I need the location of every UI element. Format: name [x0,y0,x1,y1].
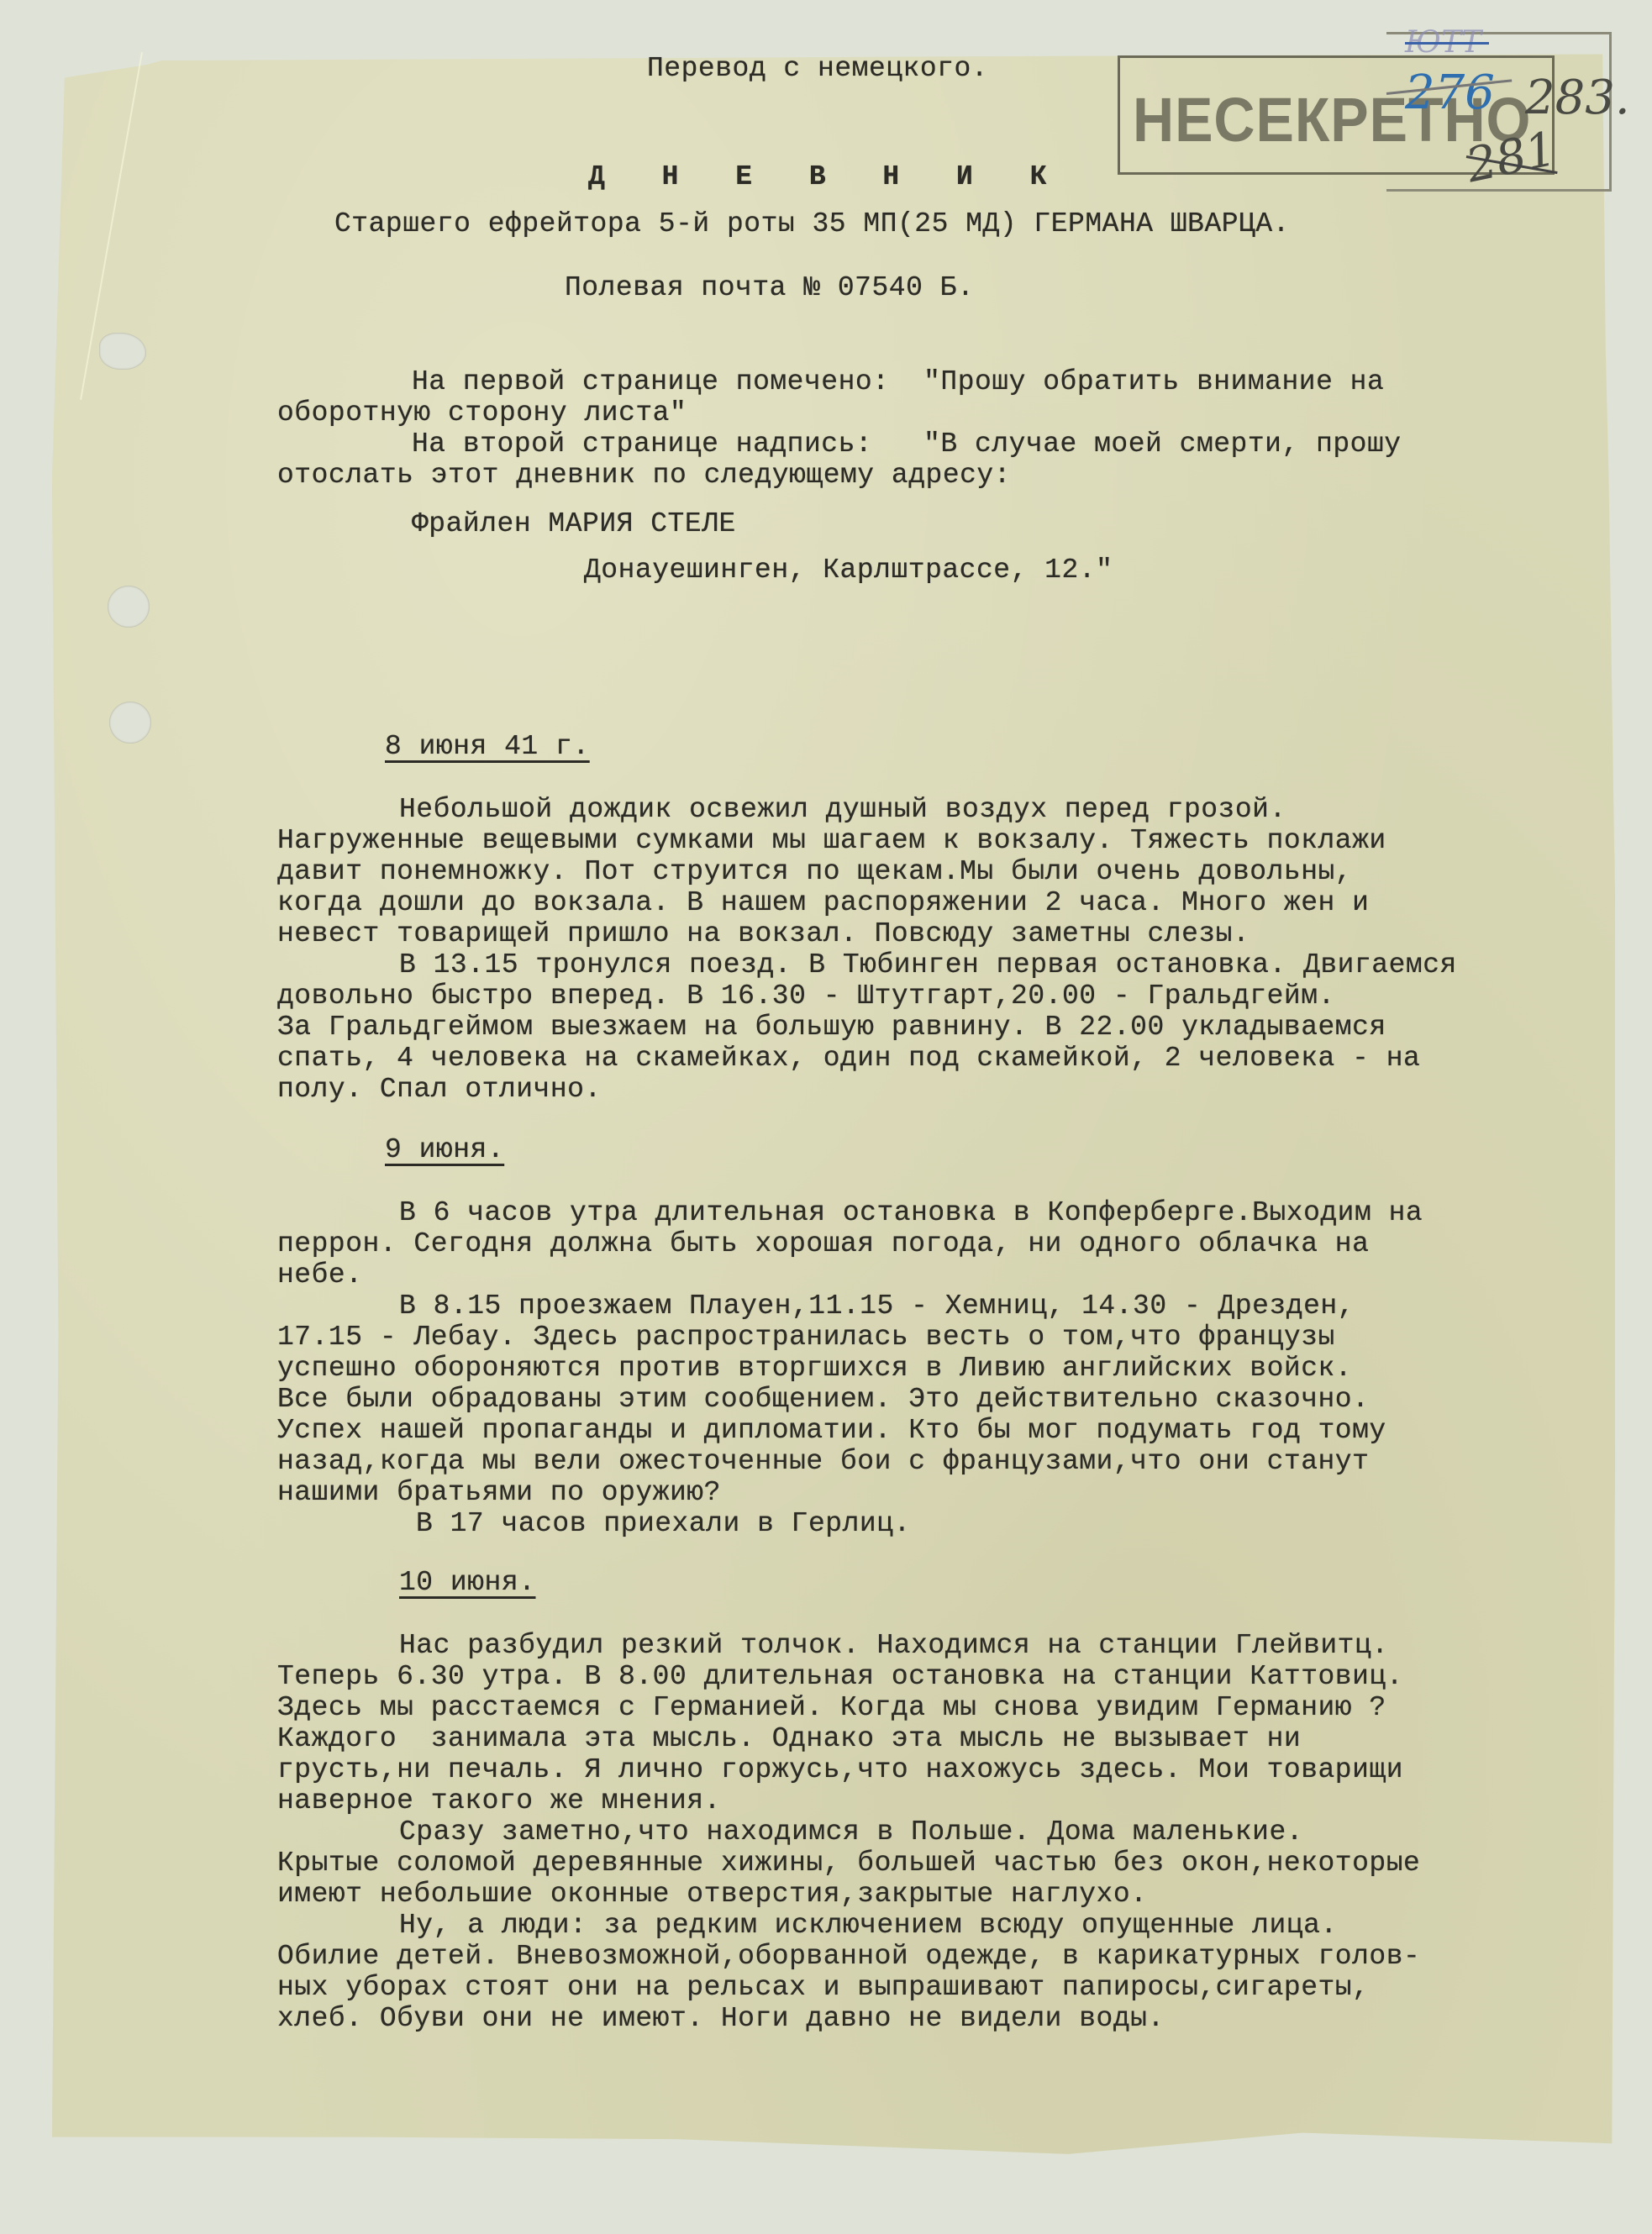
entry-line: Обилие детей. Вневозможной,оборванной од… [277,1941,1420,1972]
note-line: оборотную сторону листа" [277,397,687,428]
entry-line: Нагруженные вещевыми сумками мы шагаем к… [277,825,1386,856]
entry-line: грусть,ни печаль. Я лично горжусь,что на… [277,1754,1403,1785]
entry-line: В 8.15 проезжаем Плауен,11.15 - Хемниц, … [399,1290,1355,1322]
entry-line: В 13.15 тронулся поезд. В Тюбинген перва… [399,949,1457,980]
punch-hole-icon [108,586,150,628]
entry-line: Небольшой дождик освежил душный воздух п… [399,794,1286,825]
entry-line: Крытые соломой деревянные хижины, больше… [277,1848,1420,1879]
entry-line: Нас разбудил резкий толчок. Находимся на… [399,1630,1389,1661]
entry-line: имеют небольшие оконные отверстия,закрыт… [277,1879,1147,1910]
entry-line: перрон. Сегодня должна быть хорошая пого… [277,1228,1369,1259]
field-post-number: Полевая почта № 07540 Б. [565,272,974,303]
document-title: Д Н Е В Н И К [588,161,1066,192]
entry-line: наверное такого же мнения. [277,1785,721,1816]
entry-line: назад,когда мы вели ожесточенные бои с ф… [277,1446,1369,1477]
entry-line: давит понемножку. Пот струится по щекам.… [277,856,1352,887]
entry-line: когда дошли до вокзала. В нашем распоряж… [277,887,1369,918]
archive-number-blue: 276 [1405,66,1495,120]
entry-line: В 17 часов приехали в Герлиц. [416,1508,911,1539]
note-line: На второй странице надпись: "В случае мо… [412,428,1402,460]
entry-date: 8 июня 41 г. [385,731,590,762]
entry-line: Теперь 6.30 утра. В 8.00 длительная оста… [277,1661,1403,1692]
entry-line: невест товарищей пришло на вокзал. Повсю… [277,918,1250,949]
note-line: отослать этот дневник по следующему адре… [277,460,1011,491]
entry-line: Ну, а люди: за редким исключением всюду … [399,1910,1338,1941]
entry-line: спать, 4 человека на скамейках, один под… [277,1043,1420,1074]
entry-line: хлеб. Обуви они не имеют. Ноги давно не … [277,2003,1165,2034]
page-number-current: 283. [1525,71,1630,125]
note-line: На первой странице помечено: "Прошу обра… [412,366,1384,397]
entry-line: Здесь мы расстаемся с Германией. Когда м… [277,1692,1386,1723]
entry-line: Сразу заметно,что находимся в Польше. До… [399,1816,1303,1848]
entry-date: 9 июня. [385,1134,504,1165]
entry-line: 17.15 - Лебау. Здесь распространилась ве… [277,1322,1335,1353]
entry-line: Все были обрадованы этим сообщением. Это… [277,1384,1369,1415]
translation-note: Перевод с немецкого. [647,53,988,84]
entry-line: небе. [277,1259,363,1290]
entry-line: Каждого занимала эта мысль. Однако эта м… [277,1723,1301,1754]
entry-date: 10 июня. [399,1567,535,1598]
entry-line: За Гральдгеймом выезжаем на большую равн… [277,1012,1386,1043]
entry-line: нашими братьями по оружию? [277,1477,721,1508]
entry-line: успешно обороняются против вторгшихся в … [277,1353,1352,1384]
address-place: Донауешинген, Карлштрассе, 12." [584,555,1113,586]
document-subtitle: Старшего ефрейтора 5-й роты 35 МП(25 МД)… [334,208,1290,239]
punch-hole-icon [99,333,146,370]
entry-line: полу. Спал отлично. [277,1074,602,1105]
address-name: Фрайлен МАРИЯ СТЕЛЕ [412,508,736,539]
strike-line [1405,42,1489,45]
entry-line: ных уборах стоят они на рельсах и выпраш… [277,1972,1369,2003]
entry-line: В 6 часов утра длительная остановка в Ко… [399,1197,1423,1228]
entry-line: Успех нашей пропаганды и дипломатии. Кто… [277,1415,1386,1446]
punch-hole-icon [109,702,151,744]
entry-line: довольно быстро вперед. В 16.30 - Штутга… [277,980,1335,1012]
